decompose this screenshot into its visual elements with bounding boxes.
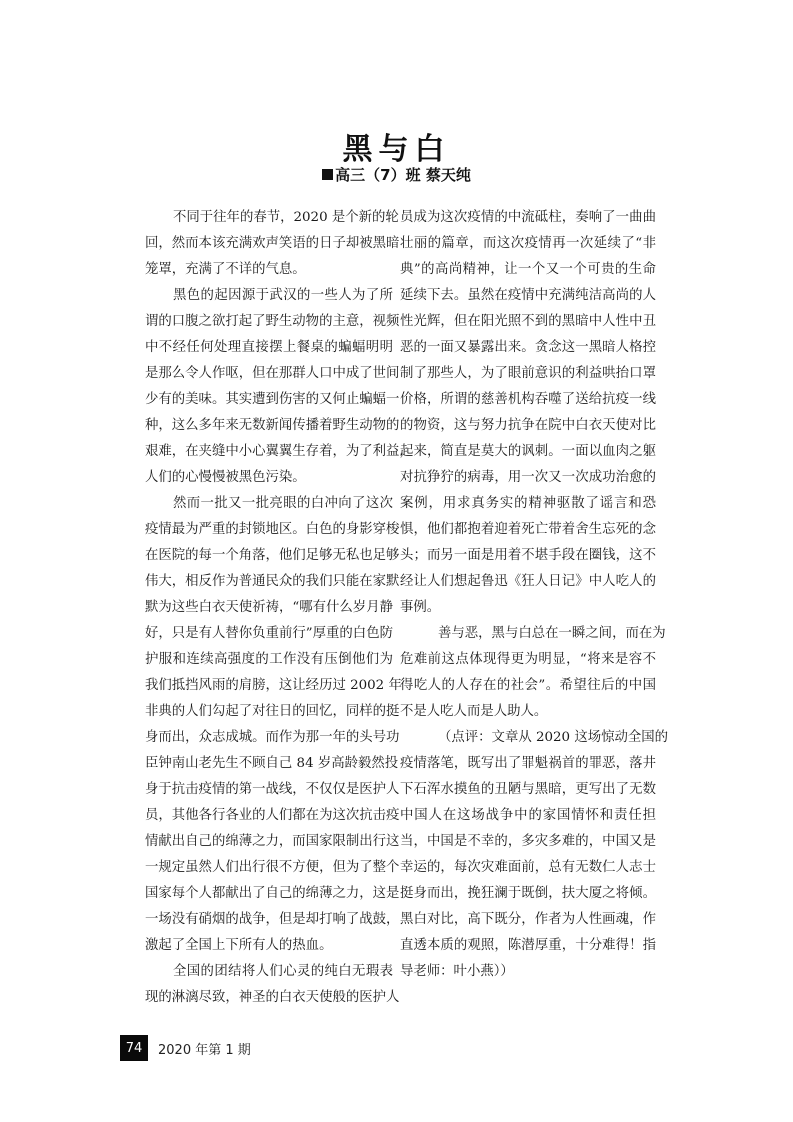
text-line: 事例。 (400, 595, 656, 621)
text-line: 黑色的起因源于武汉的一些人为了所 (145, 283, 393, 309)
text-line: 幸运的，每次灾难面前，总有无数仁人志士 (400, 855, 656, 881)
text-line: 延续下去。虽然在疫情中充满纯洁高尚的人 (400, 283, 656, 309)
black-square-icon (322, 169, 333, 180)
text-line: 经让人们想起鲁迅《狂人日记》中人吃人的 (400, 569, 656, 595)
text-line: 少有的美味。其实遭到伤害的又何止蝙蝠一 (145, 387, 393, 413)
text-line: 在医院的每一个角落，他们足够无私也足够 (145, 543, 393, 569)
text-line: 典”的高尚精神，让一个又一个可贵的生命 (400, 257, 656, 283)
text-line: 案例，用求真务实的精神驱散了谣言和恐 (400, 491, 656, 517)
article-title: 黑与白 (0, 124, 793, 168)
page-number-badge: 74 (120, 1035, 148, 1061)
text-line: 制了那些人，为了眼前意识的利益哄抬口罩 (400, 361, 656, 387)
text-line: 伟大，相反作为普通民众的我们只能在家默 (145, 569, 393, 595)
text-line: 员，其他各行各业的人们都在为这次抗击疫 (145, 803, 393, 829)
text-line: 当，中国是不幸的，多灾多难的，中国又是 (400, 829, 656, 855)
text-line: 一场没有硝烟的战争，但是却打响了战鼓， (145, 907, 393, 933)
text-line: 我们抵挡风雨的肩膀，这让经历过 2002 年 (145, 673, 393, 699)
text-line: 恶的一面又暴露出来。贪念这一黑暗人格控 (400, 335, 656, 361)
text-line: 壮丽的篇章，而这次疫情再一次延续了“非 (400, 231, 656, 257)
issue-label: 2020 年第 1 期 (158, 1039, 251, 1058)
text-line: 全国的团结将人们心灵的纯白无瑕表 (145, 959, 393, 985)
left-column: 不同于往年的春节，2020 是个新的轮回，然而本该充满欢声笑语的日子却被黑暗笼罩… (145, 205, 393, 1011)
text-line: 价格，所谓的慈善机构吞噬了送给抗疫一线 (400, 387, 656, 413)
text-line: 中不经任何处理直接摆上餐桌的蝙蝠明明 (145, 335, 393, 361)
text-line: 谓的口腹之欲打起了野生动物的主意，视频 (145, 309, 393, 335)
text-line: 护服和连续高强度的工作没有压倒他们为 (145, 647, 393, 673)
text-line: 得吃人的人存在的社会”。希望往后的中国 (400, 673, 656, 699)
text-line: 一规定虽然人们出行很不方便，但为了整个 (145, 855, 393, 881)
byline-text: 高三（7）班 蔡天纯 (335, 166, 471, 184)
text-line: 起来，简直是莫大的讽刺。一面以血肉之躯 (400, 439, 656, 465)
text-line: 直透本质的观照，陈潜厚重，十分难得！指 (400, 933, 656, 959)
text-line: 中国人在这场战争中的家国情怀和责任担 (400, 803, 656, 829)
text-line: 下石浑水摸鱼的丑陋与黑暗，更写出了无数 (400, 777, 656, 803)
text-line: 激起了全国上下所有人的热血。 (145, 933, 393, 959)
text-line: 艰难，在夹缝中小心翼翼生存着，为了利益， (145, 439, 393, 465)
text-line: 性光辉，但在阳光照不到的黑暗中人性中丑 (400, 309, 656, 335)
text-line: 是那么令人作呕，但在那群人口中成了世间 (145, 361, 393, 387)
text-line: 惧，他们都抱着迎着死亡带着舍生忘死的念 (400, 517, 656, 543)
text-line: 情献出自己的绵薄之力，而国家限制出行这 (145, 829, 393, 855)
right-column: 员成为这次疫情的中流砥柱，奏响了一曲曲壮丽的篇章，而这次疫情再一次延续了“非典”… (400, 205, 656, 985)
text-line: 种，这么多年来无数新闻传播着野生动物的 (145, 413, 393, 439)
text-line: 非典的人们勾起了对往日的回忆，同样的挺 (145, 699, 393, 725)
text-line: 默为这些白衣天使祈祷，“哪有什么岁月静 (145, 595, 393, 621)
text-line: 不同于往年的春节，2020 是个新的轮 (145, 205, 393, 231)
page-footer: 74 2020 年第 1 期 (120, 1035, 251, 1061)
text-line: 笼罩，充满了不详的气息。 (145, 257, 393, 283)
text-line: 对抗狰狞的病毒，用一次又一次成功治愈的 (400, 465, 656, 491)
text-line: 身于抗击疫情的第一战线，不仅仅是医护人 (145, 777, 393, 803)
text-line: 臣钟南山老先生不顾自己 84 岁高龄毅然投 (145, 751, 393, 777)
text-line: 回，然而本该充满欢声笑语的日子却被黑暗 (145, 231, 393, 257)
text-line: 的物资，这与努力抗争在院中白衣天使对比 (400, 413, 656, 439)
text-line: 人们的心慢慢被黑色污染。 (145, 465, 393, 491)
article-byline: 高三（7）班 蔡天纯 (0, 164, 793, 185)
text-line: 黑白对比，高下既分，作者为人性画魂，作 (400, 907, 656, 933)
text-line: 国家每个人都献出了自己的绵薄之力，这是 (145, 881, 393, 907)
text-line: 现的淋漓尽致，神圣的白衣天使般的医护人 (145, 985, 393, 1011)
text-line: 导老师：叶小燕）） (400, 959, 656, 985)
text-line: 疫情最为严重的封锁地区。白色的身影穿梭 (145, 517, 393, 543)
text-line: 头；而另一面是用着不堪手段在圈钱，这不 (400, 543, 656, 569)
text-line: 疫情落笔，既写出了罪魁祸首的罪恶，落井 (400, 751, 656, 777)
text-line: 危难前这点体现得更为明显，“将来是容不 (400, 647, 656, 673)
text-line: 善与恶，黑与白总在一瞬之间，而在为 (400, 621, 656, 647)
text-line: 好，只是有人替你负重前行”厚重的白色防 (145, 621, 393, 647)
text-line: 然而一批又一批亮眼的白冲向了这次 (145, 491, 393, 517)
text-line: 员成为这次疫情的中流砥柱，奏响了一曲曲 (400, 205, 656, 231)
text-line: 身而出，众志成城。而作为那一年的头号功 (145, 725, 393, 751)
text-line: 挺身而出，挽狂澜于既倒，扶大厦之将倾。 (400, 881, 656, 907)
text-line: 不是人吃人而是人助人。 (400, 699, 656, 725)
text-line: （点评：文章从 2020 这场惊动全国的 (400, 725, 656, 751)
